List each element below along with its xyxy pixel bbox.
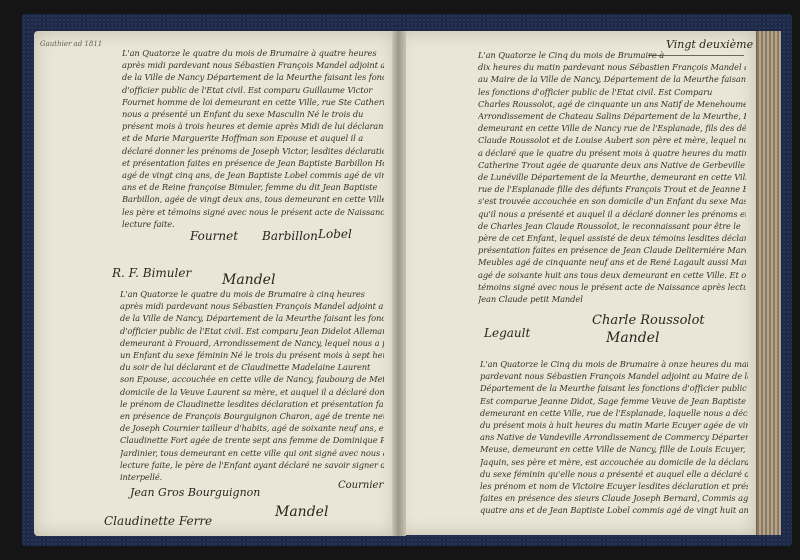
signature: Mandel <box>606 330 659 346</box>
line: Est comparue Jeanne Didot, Sage femme Ve… <box>480 395 748 407</box>
line: Catherine Trout agée de quarante deux an… <box>478 159 746 171</box>
line: Barbillon, agée de vingt deux ans, tous … <box>122 193 384 205</box>
line: agé de vingt cinq ans, de Jean Baptiste … <box>122 169 384 181</box>
line: Claudinette Fort agée de trente sept ans… <box>120 434 384 446</box>
left-act-2: L'an Quatorze le quatre du mois de Bruma… <box>120 288 384 483</box>
line: de Lunéville Département de la Meurthe, … <box>478 171 746 183</box>
line: quatre ans et de Jean Baptiste Lobel com… <box>480 504 748 516</box>
line: Fournet homme de loi demeurant en cette … <box>122 96 384 108</box>
line: du sexe féminin qu'elle nous a présenté … <box>480 468 748 480</box>
line: lecture faite, le père de l'Enfant ayant… <box>120 459 384 471</box>
line: son Epouse, accouchée en cette ville de … <box>120 373 384 385</box>
line: Claude Roussolot et de Louise Aubert son… <box>478 134 746 146</box>
signature: Lobel <box>318 227 352 241</box>
right-act-1: L'an Quatorze le Cinq du mois de Brumair… <box>478 49 746 305</box>
line: les fonctions d'officier public de l'Eta… <box>478 86 746 98</box>
line: après midi pardevant nous Sébastien Fran… <box>122 59 384 71</box>
line: d'officier public de l'Etat civil. Est c… <box>120 325 384 337</box>
line: de Joseph Cournier tailleur d'habits, ag… <box>120 422 384 434</box>
line: pardevant nous Sébastien François Mandel… <box>480 370 748 382</box>
line: qu'il nous a présenté et auquel il a déc… <box>478 208 746 220</box>
line: Meuse, demeurant en cette Ville de Nancy… <box>480 443 748 455</box>
line: Jardinier, tous demeurant en cette ville… <box>120 447 384 459</box>
signature: Charle Roussolot <box>592 313 705 328</box>
signature: Fournet <box>190 229 238 243</box>
line: Jaquin, ses père et mère, est accouchée … <box>480 456 748 468</box>
line: ans Native de Vandeville Arrondissement … <box>480 431 748 443</box>
line: de Charles Jean Claude Roussolot, le rec… <box>478 220 746 232</box>
line: demeurant en cette Ville, rue de l'Espla… <box>480 407 748 419</box>
signature: Mandel <box>275 504 328 520</box>
line: domicile de la Veuve Laurent sa mère, et… <box>120 386 384 398</box>
signature: R. F. Bimuler <box>112 266 191 280</box>
page-edges <box>756 31 781 535</box>
line: les père et témoins signé avec nous le p… <box>122 206 384 218</box>
line: agé de soixante huit ans tous deux demeu… <box>478 269 746 281</box>
line: au Maire de la Ville de Nancy, Départeme… <box>478 73 746 85</box>
line: rue de l'Esplanade fille des défunts Fra… <box>478 183 746 195</box>
line: L'an Quatorze le quatre du mois de Bruma… <box>120 288 384 300</box>
line: L'an Quatorze le quatre du mois de Bruma… <box>122 47 384 59</box>
right-act-2: L'an Quatorze le Cinq du mois de Brumair… <box>480 358 748 517</box>
line: Meubles agé de cinquante neuf ans et de … <box>478 256 746 268</box>
signature: Claudinette Ferre <box>104 514 212 528</box>
line: s'est trouvée accouchée en son domicile … <box>478 195 746 207</box>
line: de la Ville de Nancy, Département de la … <box>120 312 384 324</box>
line: Arrondissement de Chateau Salins Départe… <box>478 110 746 122</box>
line: ans et de Reine françoise Bimuler, femme… <box>122 181 384 193</box>
line: nous a présenté un Enfant du sexe Mascul… <box>122 108 384 120</box>
line: L'an Quatorze le Cinq du mois de Brumair… <box>478 49 746 61</box>
line: Jean Claude petit Mandel <box>478 293 746 305</box>
book-gutter <box>392 31 406 536</box>
line: les prénom et nom de Victoire Ecuyer les… <box>480 480 748 492</box>
signature: Legault <box>484 326 530 340</box>
line: le prénom de Claudinette lesdites déclar… <box>120 398 384 410</box>
line: a déclaré que le quatre du présent mois … <box>478 147 746 159</box>
line: et présentation faites en présence de Je… <box>122 157 384 169</box>
line: de la Ville de Nancy Département de la M… <box>122 71 384 83</box>
line: père de cet Enfant, lequel assisté de de… <box>478 232 746 244</box>
line: en présence de François Bourguignon Char… <box>120 410 384 422</box>
line: présentation faites en présence de Jean … <box>478 244 746 256</box>
signature: Barbillon <box>262 229 318 243</box>
line: dix heures du matin pardevant nous Sébas… <box>478 61 746 73</box>
signature: Jean Gros Bourguignon <box>130 486 260 499</box>
left-act-1: L'an Quatorze le quatre du mois de Bruma… <box>122 47 384 230</box>
corner-note: Gauthier ad 1811 <box>40 40 102 48</box>
signature: Cournier <box>338 480 383 491</box>
line: après midi pardevant nous Sébastien Fran… <box>120 300 384 312</box>
signature: Mandel <box>222 272 275 288</box>
line: d'officier public de l'Etat civil. Est c… <box>122 84 384 96</box>
line: présent mois à trois heures et demie apr… <box>122 120 384 132</box>
line: un Enfant du sexe féminin Né le trois du… <box>120 349 384 361</box>
line: faites en présence des sieurs Claude Jos… <box>480 492 748 504</box>
line: L'an Quatorze le Cinq du mois de Brumair… <box>480 358 748 370</box>
line: Charles Roussolot, agé de cinquante un a… <box>478 98 746 110</box>
line: Département de la Meurthe faisant les fo… <box>480 382 748 394</box>
line: du soir de lui déclarant et de Claudinet… <box>120 361 384 373</box>
line: et de Marie Marguerite Hoffman son Epous… <box>122 132 384 144</box>
line: témoins signé avec nous le présent acte … <box>478 281 746 293</box>
line: du présent mois à huit heures du matin M… <box>480 419 748 431</box>
line: demeurant à Frouard, Arrondissement de N… <box>120 337 384 349</box>
line: demeurant en cette Ville de Nancy rue de… <box>478 122 746 134</box>
line: déclaré donner les prénoms de Joseph Vic… <box>122 145 384 157</box>
